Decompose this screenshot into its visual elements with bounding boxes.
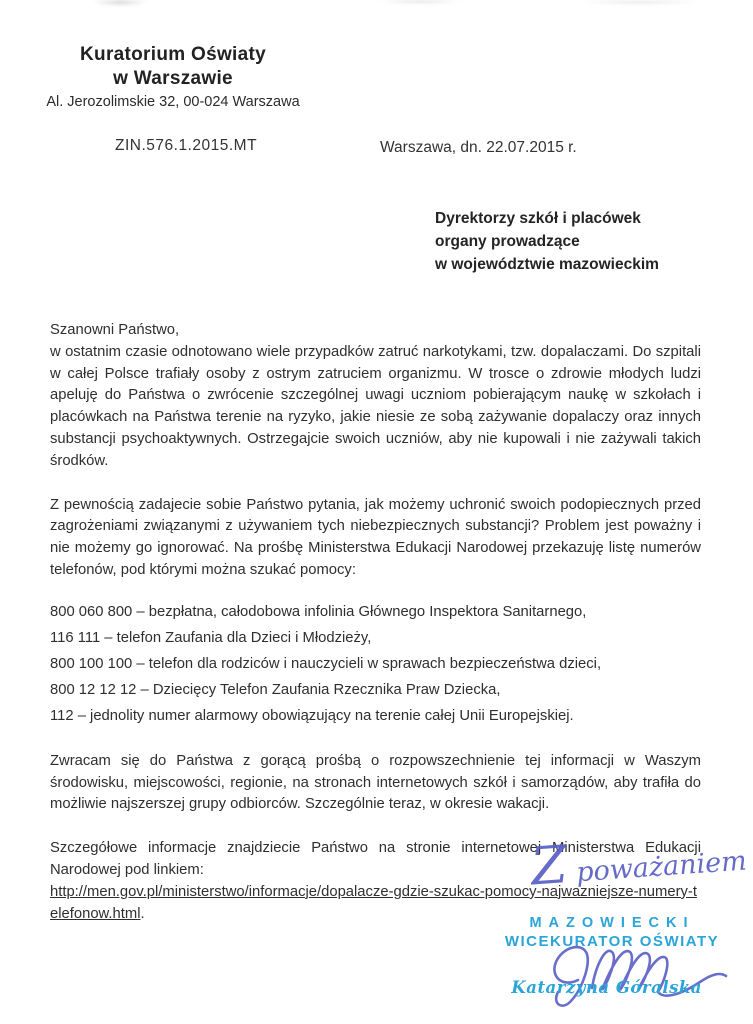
handwritten-signature-icon bbox=[540, 928, 740, 1018]
signature-area: Z poważaniem MAZOWIECKI WICEKURATOR OŚWI… bbox=[420, 836, 750, 1021]
handwritten-closing: Z poważaniem bbox=[529, 833, 747, 892]
organization-address: Al. Jerozolimskie 32, 00-024 Warszawa bbox=[28, 91, 318, 113]
scanned-letter-page: Kuratorium Oświaty w Warszawie Al. Jeroz… bbox=[0, 0, 753, 1024]
recipient-block: Dyrektorzy szkół i placówek organy prowa… bbox=[435, 207, 753, 276]
place-and-date: Warszawa, dn. 22.07.2015 r. bbox=[380, 139, 577, 157]
phone-list-item: 800 12 12 12 – Dziecięcy Telefon Zaufani… bbox=[50, 677, 701, 703]
paragraph-2: Z pewnością zadajecie sobie Państwo pyta… bbox=[50, 495, 701, 582]
recipient-line-2: organy prowadzące bbox=[435, 230, 753, 253]
phone-list-item: 800 060 800 – bezpłatna, całodobowa info… bbox=[50, 599, 701, 625]
organization-block: Kuratorium Oświaty w Warszawie Al. Jeroz… bbox=[28, 43, 318, 113]
phone-list: 800 060 800 – bezpłatna, całodobowa info… bbox=[50, 599, 701, 729]
organization-city: w Warszawie bbox=[28, 67, 318, 91]
phone-list-item: 800 100 100 – telefon dla rodziców i nau… bbox=[50, 651, 701, 677]
phone-list-item: 116 111 – telefon Zaufania dla Dzieci i … bbox=[50, 625, 701, 651]
recipient-line-3: w województwie mazowieckim bbox=[435, 253, 753, 276]
letter-body: Szanowni Państwo, w ostatnim czasie odno… bbox=[50, 320, 701, 925]
reference-date-row: ZIN.576.1.2015.MT Warszawa, dn. 22.07.20… bbox=[0, 137, 753, 157]
paragraph-1: w ostatnim czasie odnotowano wiele przyp… bbox=[50, 342, 701, 473]
letterhead: Kuratorium Oświaty w Warszawie Al. Jeroz… bbox=[0, 0, 753, 113]
reference-number: ZIN.576.1.2015.MT bbox=[115, 137, 257, 155]
phone-list-item: 112 – jednolity numer alarmowy obowiązuj… bbox=[50, 703, 701, 729]
link-period: . bbox=[140, 906, 144, 922]
paragraph-3: Zwracam się do Państwa z gorącą prośbą o… bbox=[50, 751, 701, 816]
salutation: Szanowni Państwo, bbox=[50, 320, 701, 342]
stamp-name: Katarzyna Góralska bbox=[511, 978, 702, 997]
recipient-line-1: Dyrektorzy szkół i placówek bbox=[435, 207, 753, 230]
organization-name: Kuratorium Oświaty bbox=[28, 43, 318, 67]
